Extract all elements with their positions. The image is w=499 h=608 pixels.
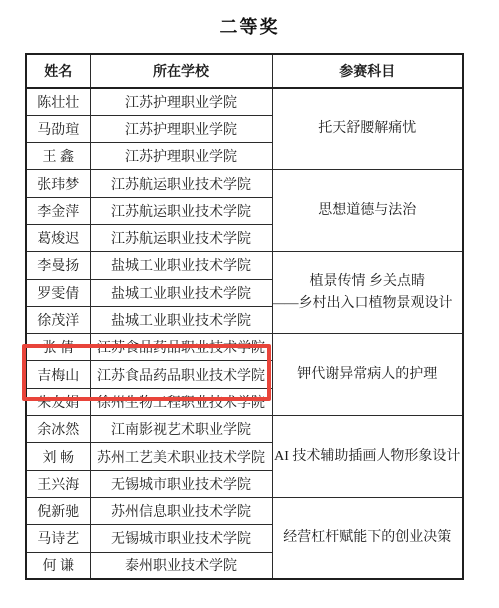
name-cell: 罗雯倩 (26, 279, 90, 306)
table-row: 张玮梦江苏航运职业技术学院思想道德与法治 (26, 170, 463, 197)
school-cell: 江苏航运职业技术学院 (90, 170, 272, 197)
name-cell: 葛焌迟 (26, 224, 90, 251)
col-header-name: 姓名 (26, 54, 90, 88)
school-cell: 江苏护理职业学院 (90, 115, 272, 142)
col-header-subject: 参赛科目 (272, 54, 463, 88)
name-cell: 李曼扬 (26, 252, 90, 279)
school-cell: 泰州职业技术学院 (90, 552, 272, 579)
subject-line: 植景传情 乡关点睛 (273, 271, 463, 293)
school-cell: 无锡城市职业技术学院 (90, 470, 272, 497)
table-row: 倪新驰苏州信息职业技术学院经营杠杆赋能下的创业决策 (26, 497, 463, 524)
name-cell: 张玮梦 (26, 170, 90, 197)
name-cell: 刘 畅 (26, 443, 90, 470)
school-cell: 江苏食品药品职业技术学院 (90, 334, 272, 361)
name-cell: 张 倩 (26, 334, 90, 361)
table-row: 李曼扬盐城工业职业技术学院植景传情 乡关点睛——乡村出入口植物景观设计 (26, 252, 463, 279)
awards-table: 姓名 所在学校 参赛科目 陈壮壮江苏护理职业学院托天舒腰解痛忧马劭瑄江苏护理职业… (25, 53, 464, 580)
name-cell: 王兴海 (26, 470, 90, 497)
subject-line: 思想道德与法治 (273, 200, 463, 222)
subject-line: 托天舒腰解痛忧 (273, 118, 463, 140)
subject-cell: 托天舒腰解痛忧 (272, 88, 463, 170)
school-cell: 盐城工业职业技术学院 (90, 252, 272, 279)
subject-cell: 钾代谢异常病人的护理 (272, 334, 463, 416)
col-header-school: 所在学校 (90, 54, 272, 88)
name-cell: 余冰然 (26, 416, 90, 443)
school-cell: 江苏航运职业技术学院 (90, 224, 272, 251)
name-cell: 倪新驰 (26, 497, 90, 524)
header-row: 姓名 所在学校 参赛科目 (26, 54, 463, 88)
school-cell: 江苏航运职业技术学院 (90, 197, 272, 224)
school-cell: 江苏食品药品职业技术学院 (90, 361, 272, 388)
name-cell: 吉梅山 (26, 361, 90, 388)
subject-line: 经营杠杆赋能下的创业决策 (273, 527, 463, 549)
name-cell: 王 鑫 (26, 143, 90, 170)
school-cell: 盐城工业职业技术学院 (90, 279, 272, 306)
school-cell: 苏州信息职业技术学院 (90, 497, 272, 524)
school-cell: 无锡城市职业技术学院 (90, 525, 272, 552)
subject-line: 钾代谢异常病人的护理 (273, 364, 463, 386)
page-title: 二等奖 (0, 13, 499, 39)
subject-line: ——乡村出入口植物景观设计 (272, 293, 462, 315)
table-row: 余冰然江南影视艺术职业学院AI 技术辅助插画人物形象设计 (26, 416, 463, 443)
name-cell: 马诗艺 (26, 525, 90, 552)
school-cell: 江南影视艺术职业学院 (90, 416, 272, 443)
school-cell: 苏州工艺美术职业技术学院 (90, 443, 272, 470)
subject-cell: 植景传情 乡关点睛——乡村出入口植物景观设计 (272, 252, 463, 334)
name-cell: 朱友娟 (26, 388, 90, 415)
table-row: 张 倩江苏食品药品职业技术学院钾代谢异常病人的护理 (26, 334, 463, 361)
school-cell: 徐州生物工程职业技术学院 (90, 388, 272, 415)
name-cell: 马劭瑄 (26, 115, 90, 142)
subject-line: AI 技术辅助插画人物形象设计 (273, 446, 463, 468)
school-cell: 盐城工业职业技术学院 (90, 306, 272, 333)
subject-cell: 思想道德与法治 (272, 170, 463, 252)
table-row: 陈壮壮江苏护理职业学院托天舒腰解痛忧 (26, 88, 463, 115)
name-cell: 李金萍 (26, 197, 90, 224)
document-page: { "title": "二等奖", "table": { "headers": … (0, 0, 499, 608)
name-cell: 徐茂洋 (26, 306, 90, 333)
name-cell: 陈壮壮 (26, 88, 90, 115)
school-cell: 江苏护理职业学院 (90, 143, 272, 170)
school-cell: 江苏护理职业学院 (90, 88, 272, 115)
subject-cell: AI 技术辅助插画人物形象设计 (272, 416, 463, 498)
subject-cell: 经营杠杆赋能下的创业决策 (272, 497, 463, 579)
name-cell: 何 谦 (26, 552, 90, 579)
